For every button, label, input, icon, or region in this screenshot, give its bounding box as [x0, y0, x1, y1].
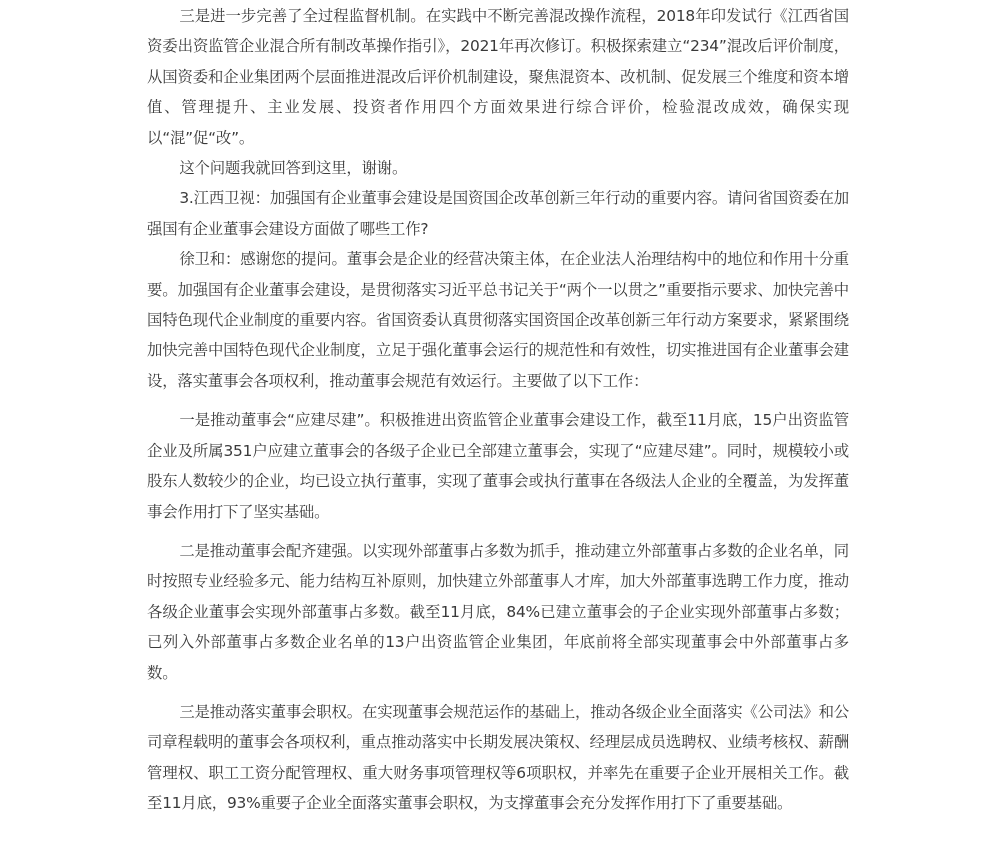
paragraph-point-two: 二是推动董事会配齐建强。以实现外部董事占多数为抓手，推动建立外部董事占多数的企业…: [147, 536, 849, 688]
paragraph-supervision-mechanism: 三是进一步完善了全过程监督机制。在实践中不断完善混改操作流程，2018年印发试行…: [147, 1, 849, 153]
paragraph-point-three: 三是推动落实董事会职权。在实现董事会规范运作的基础上，推动各级企业全面落实《公司…: [147, 697, 849, 819]
paragraph-question-jiangxi-tv: 3.江西卫视：加强国有企业董事会建设是国资国企改革创新三年行动的重要内容。请问省…: [147, 183, 849, 244]
paragraph-point-one: 一是推动董事会“应建尽建”。积极推进出资监管企业董事会建设工作，截至11月底，1…: [147, 405, 849, 527]
paragraph-closing-remark: 这个问题我就回答到这里，谢谢。: [147, 153, 849, 183]
article-body: 三是进一步完善了全过程监督机制。在实践中不断完善混改操作流程，2018年印发试行…: [147, 1, 849, 819]
paragraph-answer-intro: 徐卫和：感谢您的提问。董事会是企业的经营决策主体，在企业法人治理结构中的地位和作…: [147, 244, 849, 396]
